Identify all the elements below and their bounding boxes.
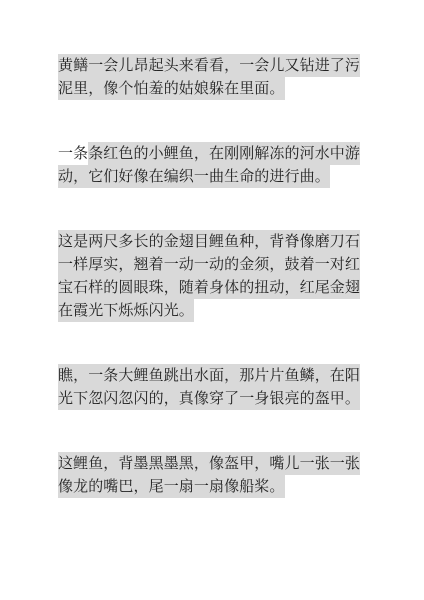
text-line: 光下忽闪忽闪的，真像穿了一身银亮的盔甲。	[58, 387, 368, 410]
text-line: 在霞光下烁烁闪光。	[58, 299, 368, 322]
paragraph: 这是两尺多长的金翅目鲤鱼种，背脊像磨刀石一样厚实，翘着一动一动的金须，鼓着一对红…	[58, 230, 368, 322]
text-line: 这鲤鱼，背墨黑墨黑，像盔甲，嘴儿一张一张	[58, 452, 368, 475]
highlighted-text: 黄鳝一会儿昂起头来看看，一会儿又钻进了污	[58, 54, 360, 77]
text-line: 像龙的嘴巴，尾一扇一扇像船桨。	[58, 475, 368, 498]
highlighted-text: 这鲤鱼，背墨黑墨黑，像盔甲，嘴儿一张一张	[58, 452, 360, 475]
paragraph: 瞧，一条大鲤鱼跳出水面，那片片鱼鳞，在阳光下忽闪忽闪的，真像穿了一身银亮的盔甲。	[58, 364, 368, 410]
highlighted-text: 光下忽闪忽闪的，真像穿了一身银亮的盔甲。	[58, 387, 360, 410]
paragraph: 一条条红色的小鲤鱼，在刚刚解冻的河水中游动，它们好像在编织一曲生命的进行曲。	[58, 142, 368, 188]
text-line: 动，它们好像在编织一曲生命的进行曲。	[58, 165, 368, 188]
text-line: 一条条红色的小鲤鱼，在刚刚解冻的河水中游	[58, 142, 368, 165]
text-line: 一样厚实，翘着一动一动的金须，鼓着一对红	[58, 253, 368, 276]
highlighted-text: 像龙的嘴巴，尾一扇一扇像船桨。	[58, 475, 285, 498]
document-body: 黄鳝一会儿昂起头来看看，一会儿又钻进了污泥里，像个怕羞的姑娘躲在里面。一条条红色…	[58, 54, 368, 498]
highlighted-text: 这是两尺多长的金翅目鲤鱼种，背脊像磨刀石	[58, 230, 360, 253]
paragraph: 黄鳝一会儿昂起头来看看，一会儿又钻进了污泥里，像个怕羞的姑娘躲在里面。	[58, 54, 368, 100]
highlighted-text: 泥里，像个怕羞的姑娘躲在里面。	[58, 77, 285, 100]
highlighted-text: 一样厚实，翘着一动一动的金须，鼓着一对红	[58, 253, 360, 276]
document-page: 黄鳝一会儿昂起头来看看，一会儿又钻进了污泥里，像个怕羞的姑娘躲在里面。一条条红色…	[0, 0, 424, 600]
text-segment: 一条	[58, 142, 88, 165]
text-line: 宝石样的圆眼珠，随着身体的扭动，红尾金翅	[58, 276, 368, 299]
paragraph: 这鲤鱼，背墨黑墨黑，像盔甲，嘴儿一张一张像龙的嘴巴，尾一扇一扇像船桨。	[58, 452, 368, 498]
text-line: 黄鳝一会儿昂起头来看看，一会儿又钻进了污	[58, 54, 368, 77]
text-line: 这是两尺多长的金翅目鲤鱼种，背脊像磨刀石	[58, 230, 368, 253]
text-line: 瞧，一条大鲤鱼跳出水面，那片片鱼鳞，在阳	[58, 364, 368, 387]
text-line: 泥里，像个怕羞的姑娘躲在里面。	[58, 77, 368, 100]
highlighted-text: 在霞光下烁烁闪光。	[58, 299, 194, 322]
highlighted-text: 瞧，一条大鲤鱼跳出水面，那片片鱼鳞，在阳	[58, 364, 360, 387]
highlighted-text: 宝石样的圆眼珠，随着身体的扭动，红尾金翅	[58, 276, 360, 299]
highlighted-text: 动，它们好像在编织一曲生命的进行曲。	[58, 165, 330, 188]
highlighted-text: 条红色的小鲤鱼，在刚刚解冻的河水中游	[88, 142, 360, 165]
